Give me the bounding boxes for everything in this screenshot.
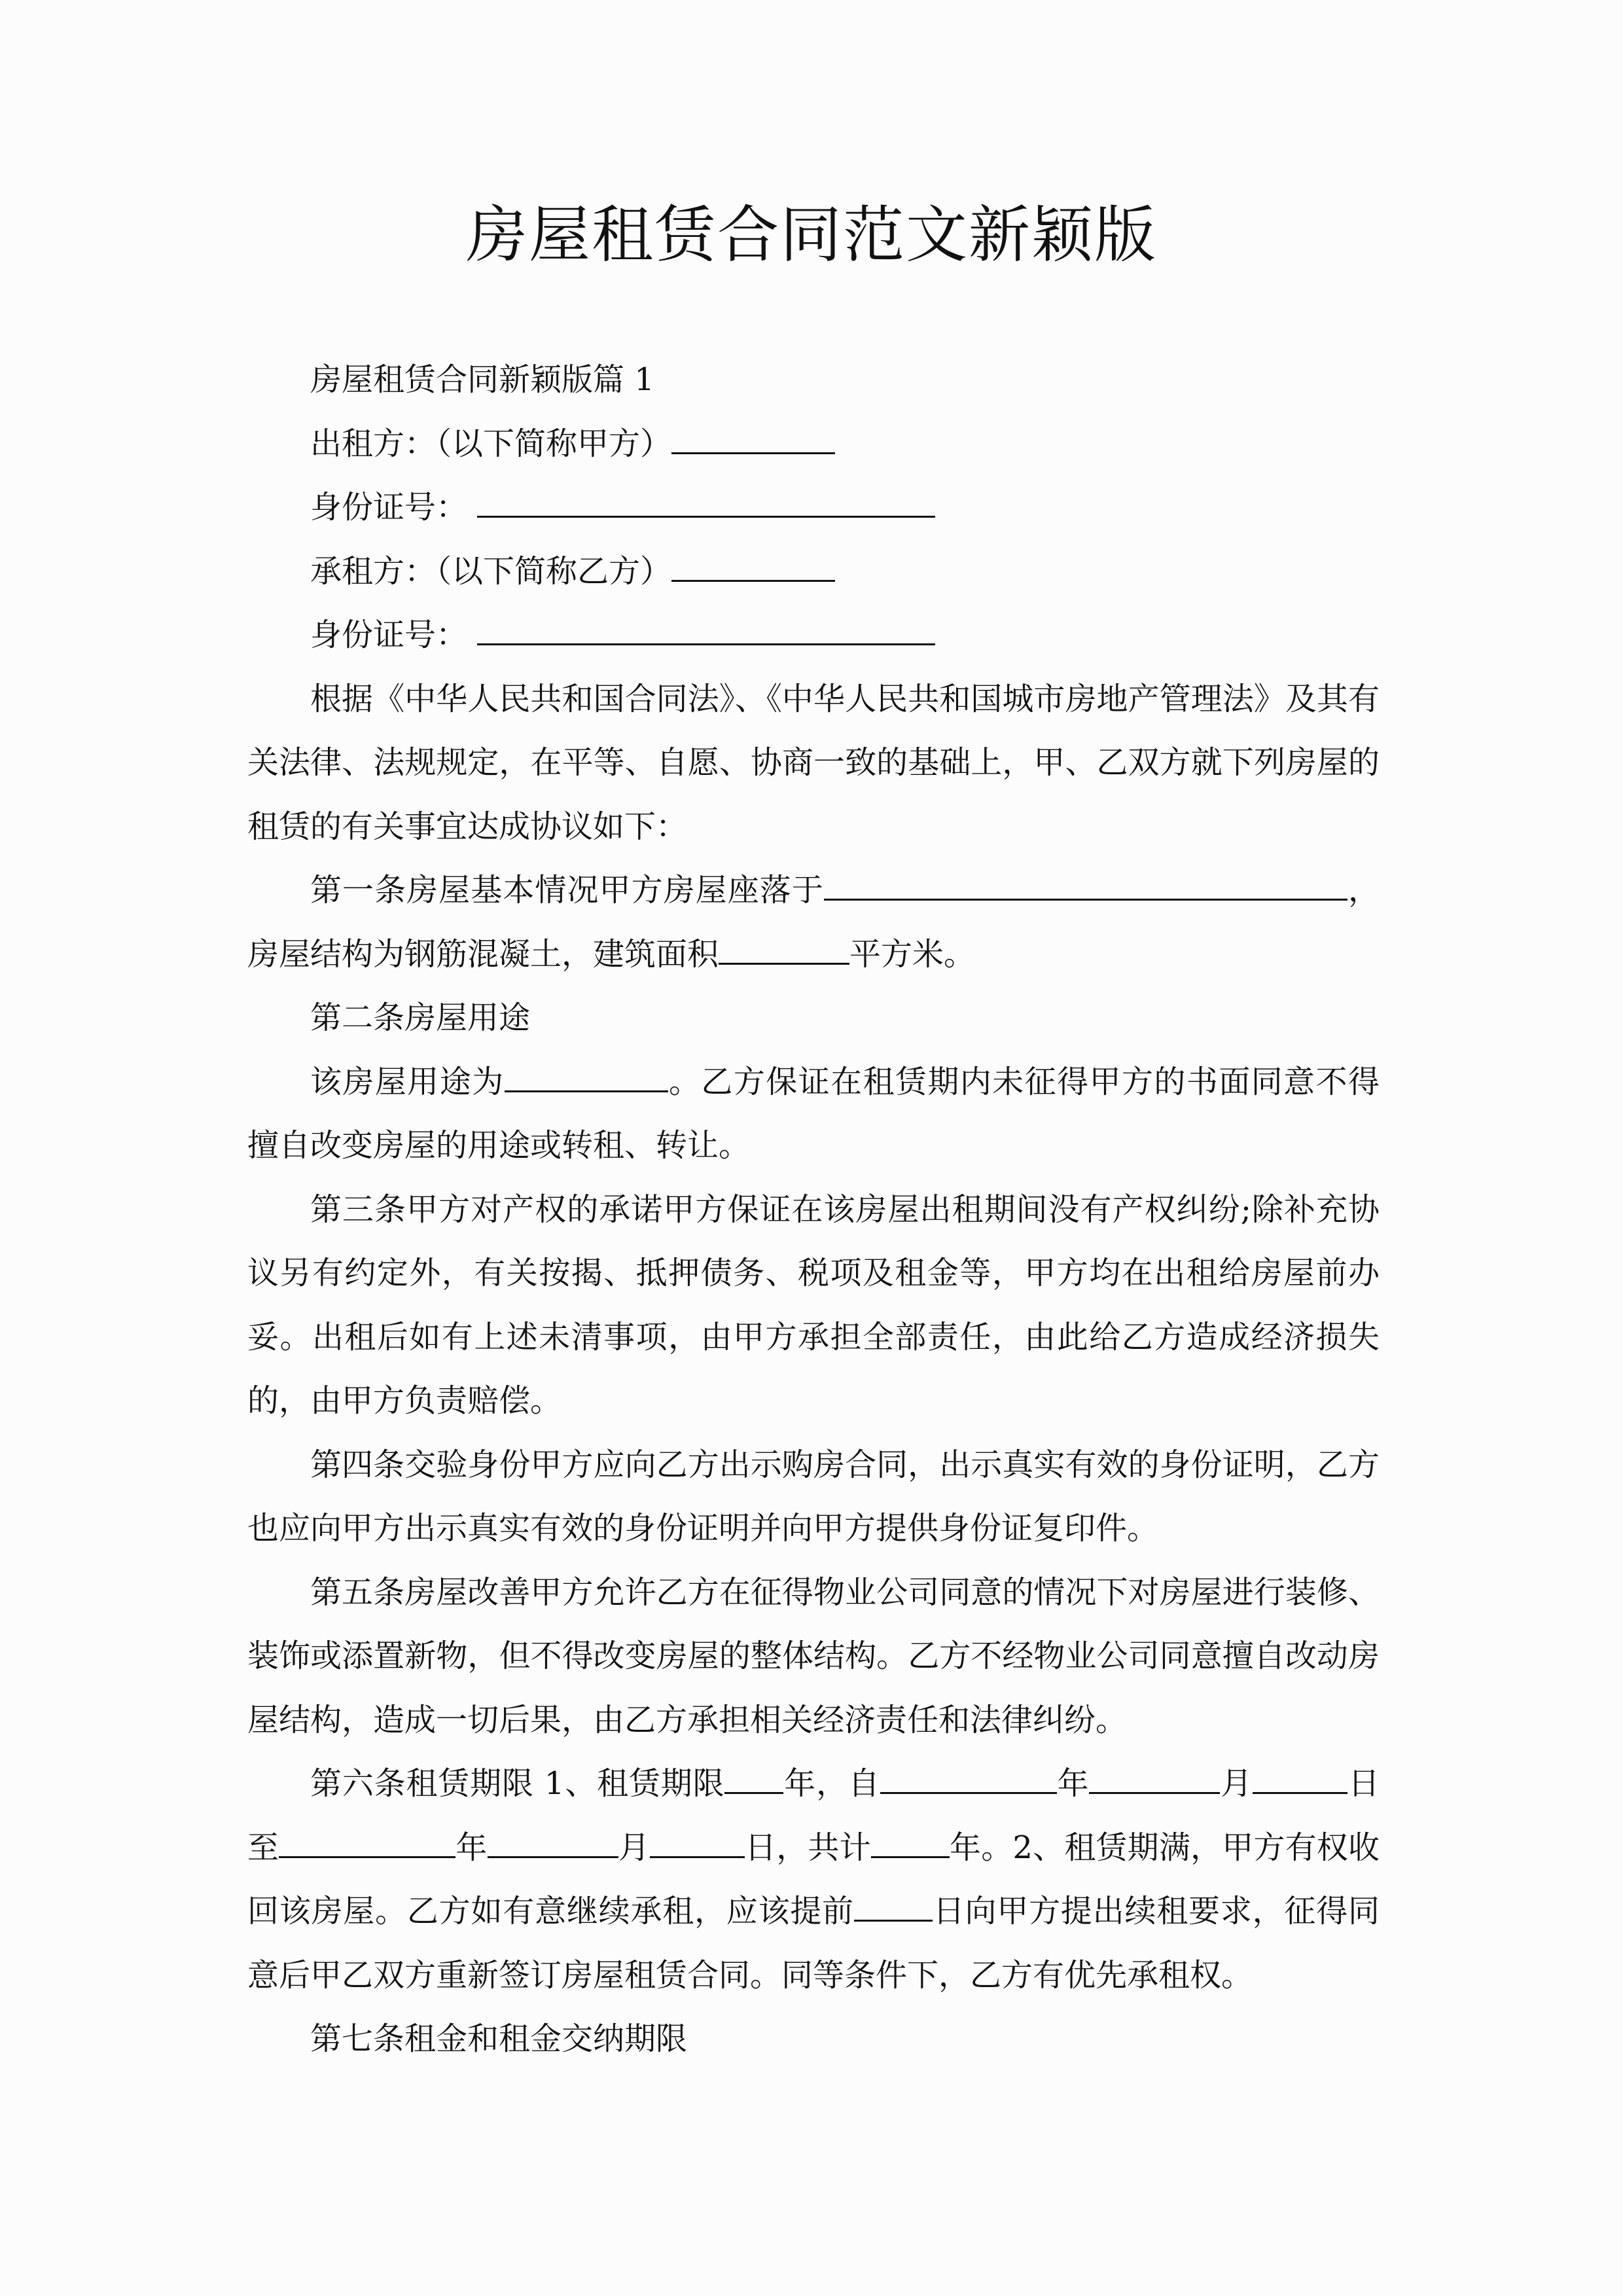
article-2-heading: 第二条房屋用途 bbox=[247, 986, 1380, 1050]
article-1: 第一条房屋基本情况甲方房屋座落于，房屋结构为钢筋混凝土，建筑面积平方米。 bbox=[247, 859, 1380, 986]
article-3: 第三条甲方对产权的承诺甲方保证在该房屋出租期间没有产权纠纷;除补充协议另有约定外… bbox=[247, 1178, 1380, 1433]
lessor-label: 出租方：（以下简称甲方） bbox=[310, 425, 671, 462]
term-years-blank[interactable] bbox=[724, 1765, 783, 1794]
start-month-blank[interactable] bbox=[1089, 1765, 1220, 1794]
lessee-id-label: 身份证号： bbox=[310, 617, 467, 653]
lessee-id-line: 身份证号： bbox=[247, 603, 1380, 668]
article-7-heading: 第七条租金和租金交纳期限 bbox=[247, 2007, 1380, 2072]
art6-text-4: 月 bbox=[1220, 1765, 1253, 1802]
article-4: 第四条交验身份甲方应向乙方出示购房合同，出示真实有效的身份证明，乙方也应向甲方出… bbox=[247, 1433, 1380, 1561]
lessee-label: 承租方：（以下简称乙方） bbox=[310, 553, 671, 590]
document-title: 房屋租赁合同范文新颖版 bbox=[0, 196, 1623, 275]
article-2: 该房屋用途为。乙方保证在租赁期内未征得甲方的书面同意不得擅自改变房屋的用途或转租… bbox=[247, 1050, 1380, 1178]
end-year-blank[interactable] bbox=[279, 1829, 455, 1858]
art6-text-8: 日，共计 bbox=[745, 1829, 871, 1866]
usage-blank[interactable] bbox=[505, 1063, 668, 1092]
end-day-blank[interactable] bbox=[650, 1829, 745, 1858]
total-years-blank[interactable] bbox=[871, 1829, 950, 1858]
lessee-id-blank[interactable] bbox=[477, 616, 935, 645]
art6-text-1: 第六条租赁期限 1、租赁期限 bbox=[310, 1765, 724, 1802]
art6-text-6: 年 bbox=[455, 1829, 487, 1866]
start-year-blank[interactable] bbox=[880, 1765, 1057, 1794]
art1-text-3: 平方米。 bbox=[849, 936, 975, 973]
document-page: 房屋租赁合同范文新颖版 房屋租赁合同新颖版篇 1 出租方：（以下简称甲方） 身份… bbox=[0, 0, 1623, 2296]
subtitle-text: 房屋租赁合同新颖版篇 1 bbox=[310, 361, 654, 398]
lessor-name-blank[interactable] bbox=[671, 425, 835, 454]
lessor-id-label: 身份证号： bbox=[310, 489, 467, 526]
article-6: 第六条租赁期限 1、租赁期限年，自年月日至年月日，共计年。2、租赁期满，甲方有权… bbox=[247, 1752, 1380, 2007]
subtitle: 房屋租赁合同新颖版篇 1 bbox=[247, 348, 1380, 412]
lessee-name-blank[interactable] bbox=[671, 552, 835, 582]
lessor-line: 出租方：（以下简称甲方） bbox=[247, 412, 1380, 476]
notice-days-blank[interactable] bbox=[854, 1892, 933, 1922]
preamble-paragraph: 根据《中华人民共和国合同法》、《中华人民共和国城市房地产管理法》及其有关法律、法… bbox=[247, 668, 1380, 859]
art6-text-2: 年，自 bbox=[783, 1765, 880, 1802]
art2-text-1: 该房屋用途为 bbox=[310, 1064, 505, 1100]
art6-text-3: 年 bbox=[1057, 1765, 1090, 1802]
lessee-line: 承租方：（以下简称乙方） bbox=[247, 540, 1380, 604]
area-blank[interactable] bbox=[719, 935, 849, 965]
address-blank[interactable] bbox=[824, 871, 1347, 901]
lessor-id-line: 身份证号： bbox=[247, 476, 1380, 540]
article-5: 第五条房屋改善甲方允许乙方在征得物业公司同意的情况下对房屋进行装修、装饰或添置新… bbox=[247, 1561, 1380, 1753]
art1-text-1: 第一条房屋基本情况甲方房屋座落于 bbox=[310, 872, 824, 908]
start-day-blank[interactable] bbox=[1253, 1765, 1347, 1794]
lessor-id-blank[interactable] bbox=[477, 488, 935, 518]
end-month-blank[interactable] bbox=[488, 1829, 618, 1858]
document-body: 房屋租赁合同新颖版篇 1 出租方：（以下简称甲方） 身份证号： 承租方：（以下简… bbox=[247, 348, 1380, 2072]
art6-text-7: 月 bbox=[618, 1829, 650, 1866]
